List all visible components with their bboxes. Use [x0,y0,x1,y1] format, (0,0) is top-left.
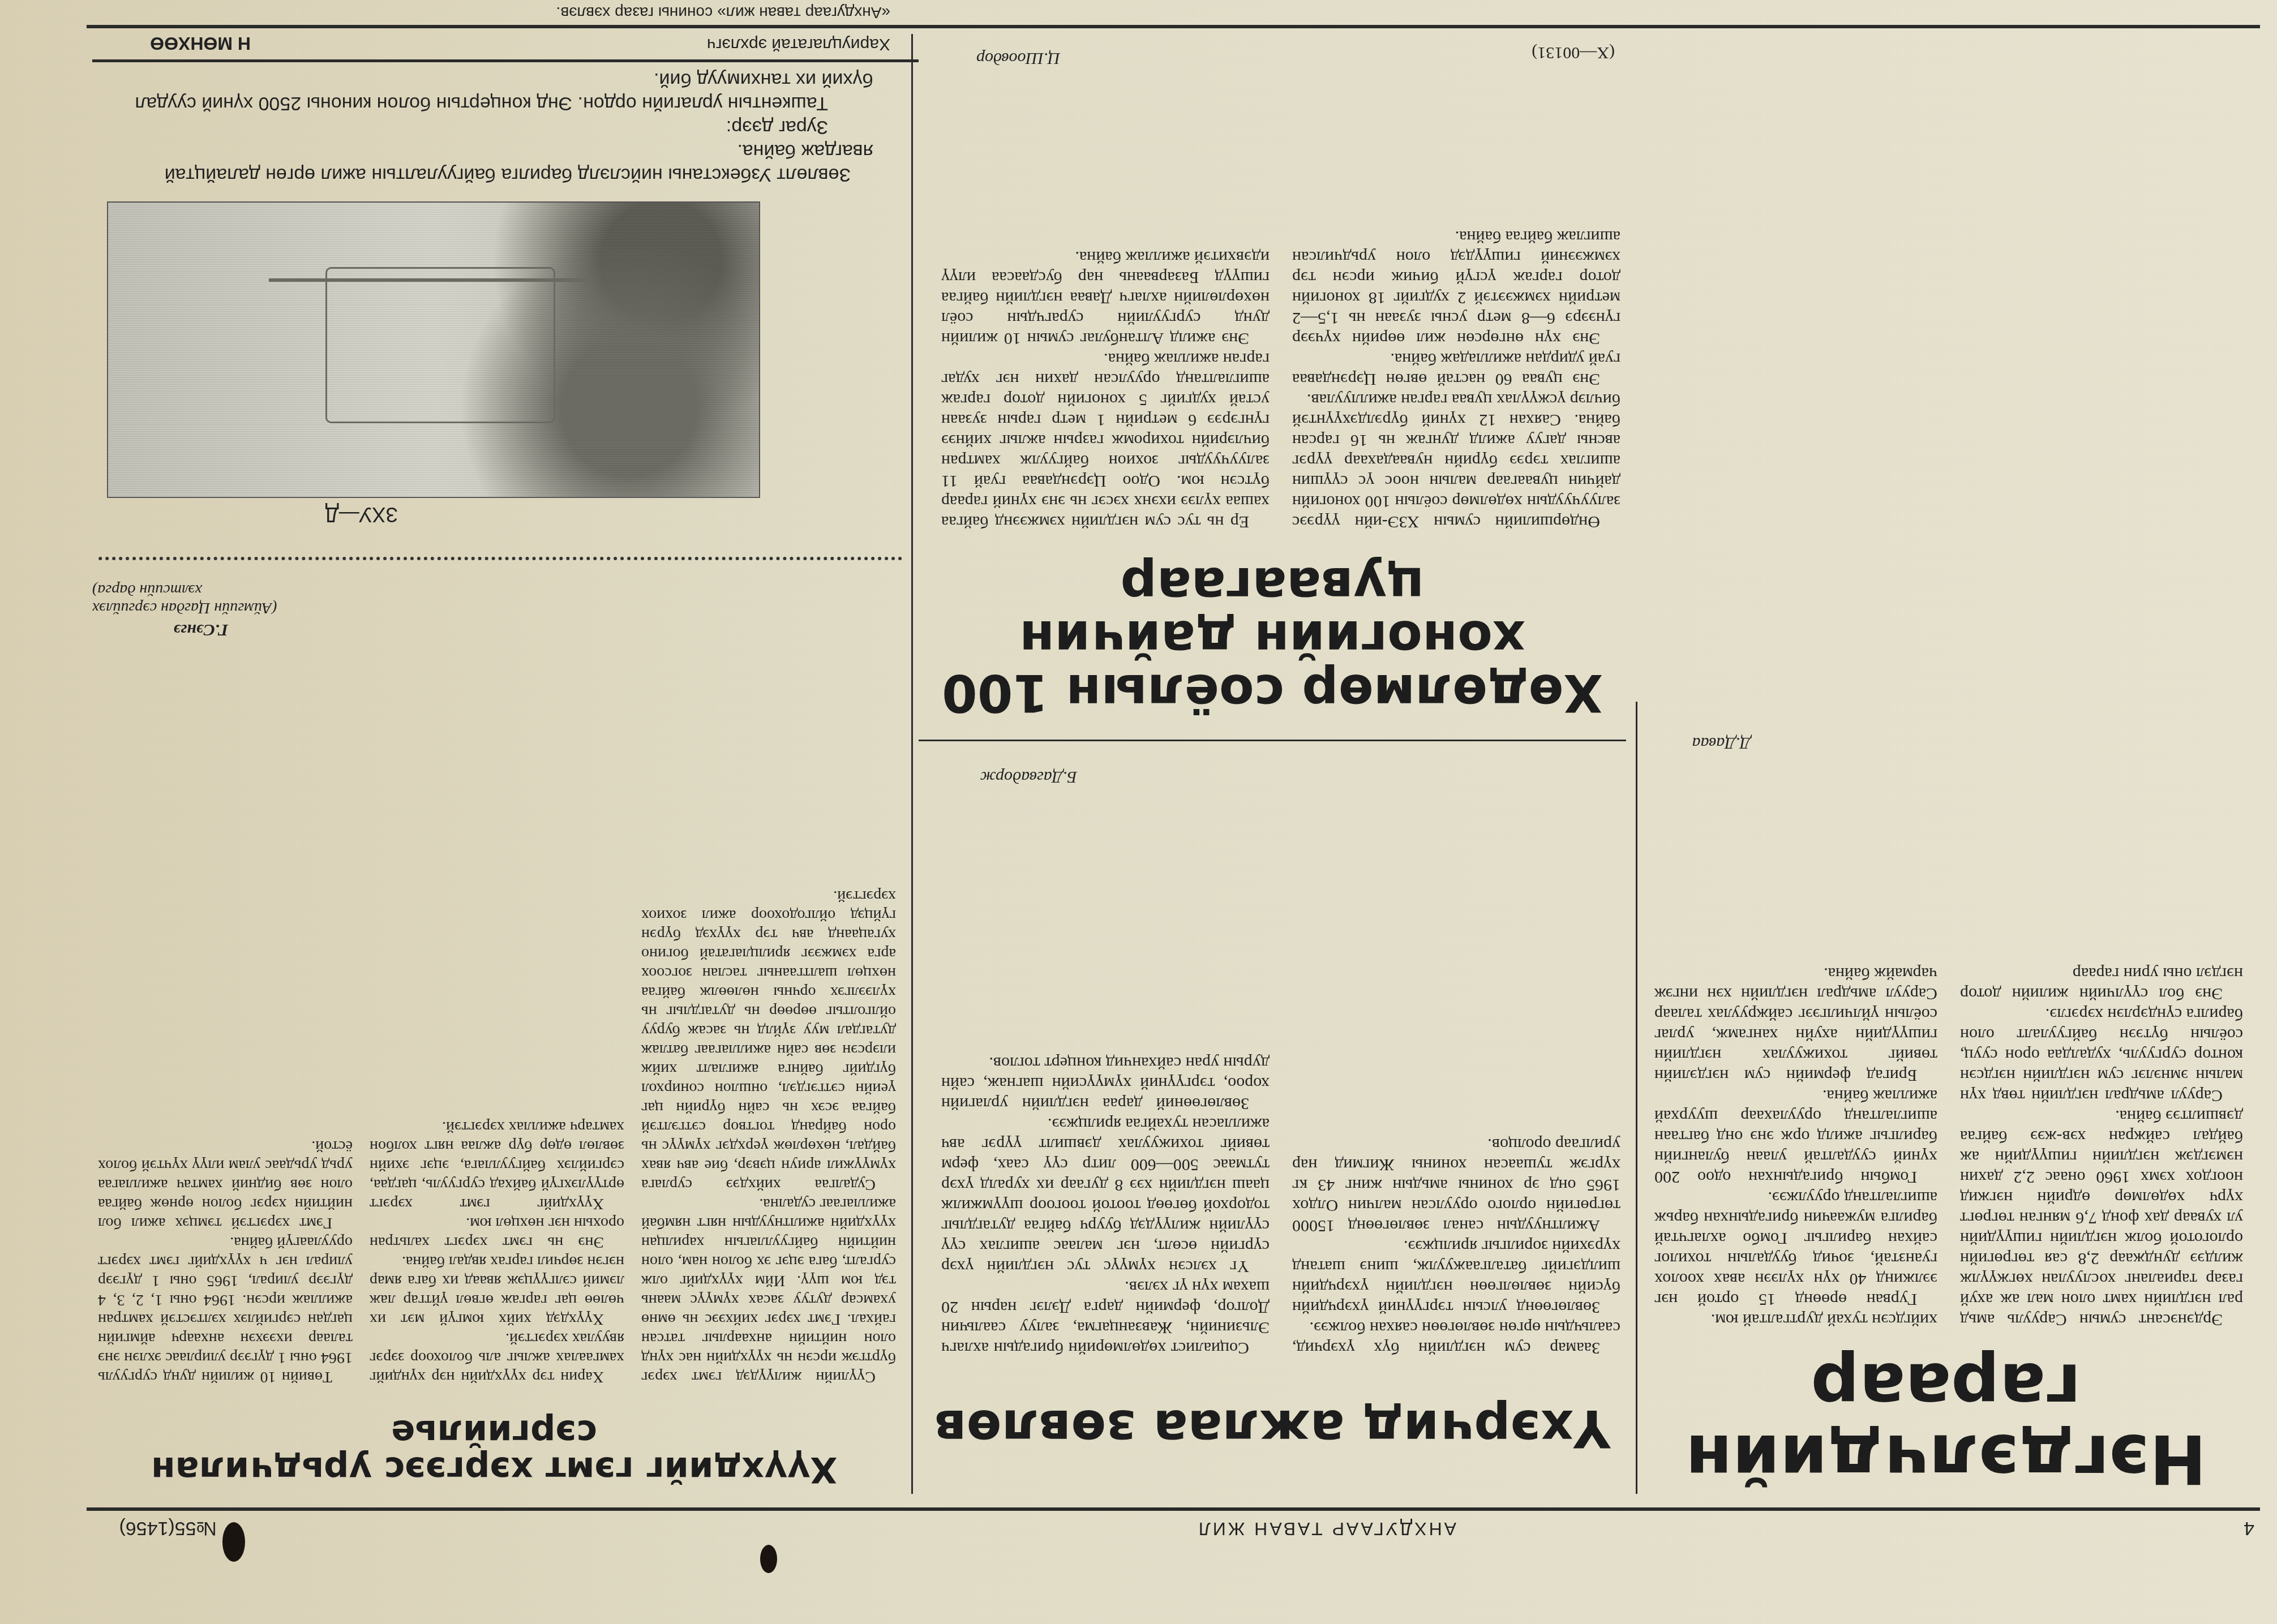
article-body-cont: Харин тэр хүүхдийн нэр хүндийг хамгаалах… [370,628,624,1386]
article-body-cont: Ер нь тус сум нэгдлийн хэмжээнд байгаа х… [941,45,1270,532]
photo-tashkent-palace [107,201,760,498]
headline: Хөдөлмөр соёлын 100 хоногийн дайчин цува… [919,558,1626,719]
headline: Үхэрчид ажлаа зөвлөв [919,1401,1626,1455]
paper-hole [760,1545,777,1573]
printer-note: «Анхдугаар таван жил» сонины газар хэвлэ… [556,3,890,22]
byline-role: (Аймгийн Цагдан сэргийлэх хэлтсийн дарга… [92,581,341,617]
newspaper-page: 4 АНХДУГААР ТАВАН ЖИЛ №55(1456) Нэгдэлчд… [0,0,2277,1624]
article-body-cont2: Төвийн 10 жилийн дунд сургууль 1964 оны … [98,628,353,1386]
photo-building-shape [325,267,555,423]
column-rule [1636,702,1637,1494]
article-body: Заамар сум нэгдлийн бүх үхэрчид, саальчд… [1292,764,1620,1358]
article-body: Сүүлийн жилүүдэд гэмт хэрэг бүртгэж ирсэ… [641,628,896,1386]
bottom-rule [87,25,2260,28]
article-body: Өндөршилийн сумын ХЗЭ-ийн үүрээс залуучу… [1292,45,1620,532]
editor-label: Хариуцлагатай эрхлэгч [707,35,890,54]
article-code: (Х—00131) [1532,43,1615,62]
byline: Ц.Шоовдор [976,49,1060,68]
byline: Д.Даваа [1692,733,1751,753]
page-number: 4 [2244,1517,2254,1539]
issue-number: №55(1456) [119,1517,217,1539]
headline: Хүүхдийг гэмт хэргээс урьдчилан сэргийль… [87,1415,902,1488]
photo-ground-line [269,278,589,282]
article-body: Эрдэнэсант сумын Сарууль амьд рал нэгдли… [1960,741,2243,1330]
photo-caption: Зөвлөлт Узбекстаны нийслэлд барилга байг… [109,68,873,187]
byline: Г.Сэнгэ [174,620,228,639]
masthead-rule [87,1507,2260,1511]
article-body-cont: Социалист хөдөлмөрийн бригадын ахлагч Эл… [941,764,1270,1358]
article-body-cont: хийгдсэн тухай дуртгалтай юм. Гурван өрө… [1654,741,1937,1330]
column-rule [911,34,913,1494]
paper-hole [222,1522,245,1562]
footer-rule [92,59,919,62]
decorative-chain-rule [98,557,902,560]
paper-name: АНХДУГААР ТАВАН ЖИЛ [1197,1518,1456,1539]
section-rule [919,740,1626,741]
byline: Б.Дагвадорж [980,767,1077,787]
headline: Нэгдэлчдийн гараар [1649,1351,2243,1494]
photo-credit: ЗХУ—Д [325,502,398,526]
editor-name: Н МӨНХӨӨ [150,33,251,54]
